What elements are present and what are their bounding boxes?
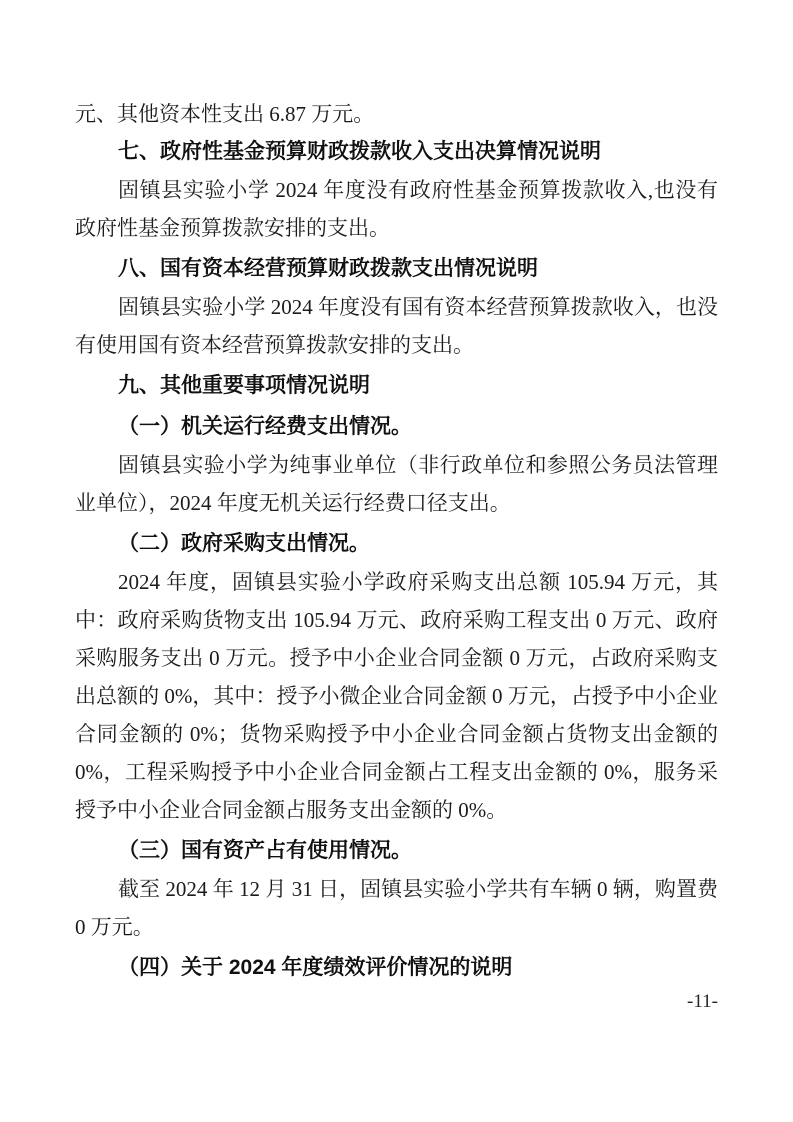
document-content: 元、其他资本性支出 6.87 万元。 七、政府性基金预算财政拨款收入支出决算情况… xyxy=(75,95,718,987)
body-line: 0 万元。 xyxy=(75,908,718,946)
body-line: 2024 年度，固镇县实验小学政府采购支出总额 105.94 万元，其 xyxy=(75,563,718,601)
body-line: 固镇县实验小学 2024 年度没有政府性基金预算拨款收入,也没有 xyxy=(75,171,718,209)
body-line: 中：政府采购货物支出 105.94 万元、政府采购工程支出 0 万元、政府 xyxy=(75,601,718,639)
section-heading-9: 九、其他重要事项情况说明 xyxy=(75,367,718,405)
document-page: 元、其他资本性支出 6.87 万元。 七、政府性基金预算财政拨款收入支出决算情况… xyxy=(0,0,793,1122)
body-line: 固镇县实验小学 2024 年度没有国有资本经营预算拨款收入，也没 xyxy=(75,288,718,326)
body-line: 固镇县实验小学为纯事业单位（非行政单位和参照公务员法管理事 xyxy=(75,446,718,484)
body-line: 出总额的 0%，其中：授予小微企业合同金额 0 万元，占授予中小企业 xyxy=(75,677,718,715)
subsection-heading-3: （三）国有资产占有使用情况。 xyxy=(75,832,718,870)
body-line: 采购服务支出 0 万元。授予中小企业合同金额 0 万元，占政府采购支 xyxy=(75,639,718,677)
section-heading-8: 八、国有资本经营预算财政拨款支出情况说明 xyxy=(75,250,718,288)
body-line: 截至 2024 年 12 月 31 日，固镇县实验小学共有车辆 0 辆，购置费 xyxy=(75,870,718,908)
body-line: 有使用国有资本经营预算拨款安排的支出。 xyxy=(75,326,718,364)
paragraph-continuation-line: 元、其他资本性支出 6.87 万元。 xyxy=(75,95,718,133)
body-line: 0%，工程采购授予中小企业合同金额占工程支出金额的 0%，服务采购 xyxy=(75,753,718,791)
subsection-heading-2: （二）政府采购支出情况。 xyxy=(75,525,718,563)
section-heading-7: 七、政府性基金预算财政拨款收入支出决算情况说明 xyxy=(75,133,718,171)
body-line: 业单位），2024 年度无机关运行经费口径支出。 xyxy=(75,484,718,522)
body-line: 政府性基金预算拨款安排的支出。 xyxy=(75,209,718,247)
subsection-heading-4: （四）关于 2024 年度绩效评价情况的说明 xyxy=(75,949,718,987)
body-line: 授予中小企业合同金额占服务支出金额的 0%。 xyxy=(75,791,718,829)
page-number: -11- xyxy=(687,991,718,1013)
body-line: 合同金额的 0%；货物采购授予中小企业合同金额占货物支出金额的 xyxy=(75,715,718,753)
subsection-heading-1: （一）机关运行经费支出情况。 xyxy=(75,408,718,446)
